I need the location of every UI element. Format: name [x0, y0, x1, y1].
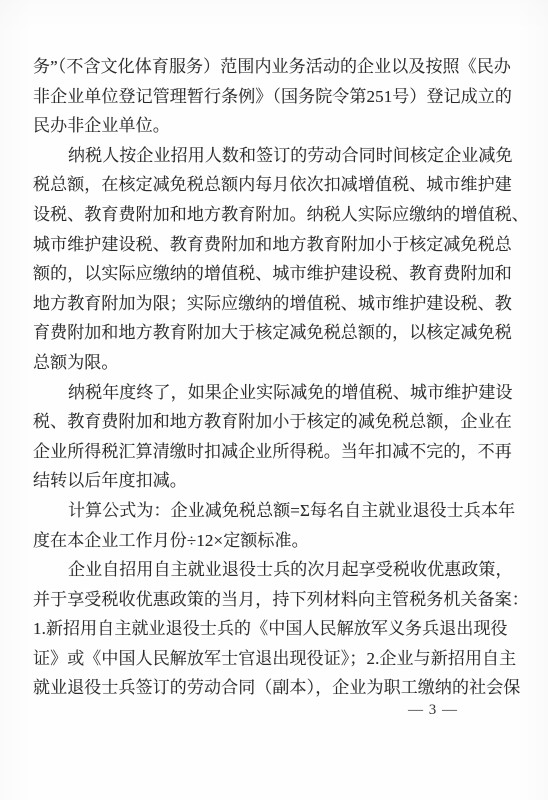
text-line: 结转以后年度扣减。 — [33, 466, 514, 496]
text-line: 企业所得税汇算清缴时扣减企业所得税。当年扣减不完的，不再 — [33, 437, 514, 467]
text-line: 非企业单位登记管理暂行条例》（国务院令第251号）登记成立的 — [33, 82, 514, 112]
text-line: 1.新招用自主就业退役士兵的《中国人民解放军义务兵退出现役 — [33, 614, 514, 644]
text-line: 纳税年度终了，如果企业实际减免的增值税、城市维护建设 — [33, 378, 514, 408]
text-line: 纳税人按企业招用人数和签订的劳动合同时间核定企业减免 — [33, 141, 514, 171]
text-line: 地方教育附加为限；实际应缴纳的增值税、城市维护建设税、教 — [33, 289, 514, 319]
text-line: 并于享受税收优惠政策的当月，持下列材料向主管税务机关备案： — [33, 585, 514, 615]
document-body: 务”（不含文化体育服务）范围内业务活动的企业以及按照《民办 非企业单位登记管理暂… — [33, 52, 514, 703]
text-line: 就业退役士兵签订的劳动合同（副本），企业为职工缴纳的社会保 — [33, 673, 514, 703]
paragraph-formula: 计算公式为：企业减免税总额=Σ每名自主就业退役士兵本年 度在本企业工作月份÷12… — [33, 496, 514, 555]
text-line: 额的，以实际应缴纳的增值税、城市维护建设税、教育费附加和 — [33, 259, 514, 289]
text-line: 民办非企业单位。 — [33, 111, 514, 141]
text-line: 设税、教育费附加和地方教育附加。纳税人实际应缴纳的增值税、 — [33, 200, 514, 230]
text-line: 度在本企业工作月份÷12×定额标准。 — [33, 526, 514, 556]
text-line: 税、教育费附加和地方教育附加小于核定的减免税总额，企业在 — [33, 407, 514, 437]
text-line: 企业自招用自主就业退役士兵的次月起享受税收优惠政策， — [33, 555, 514, 585]
page-number: — 3 — — [408, 700, 458, 720]
document-page: 务”（不含文化体育服务）范围内业务活动的企业以及按照《民办 非企业单位登记管理暂… — [0, 0, 548, 800]
text-line: 务”（不含文化体育服务）范围内业务活动的企业以及按照《民办 — [33, 52, 514, 82]
paragraph-tax-quota: 纳税人按企业招用人数和签订的劳动合同时间核定企业减免 税总额，在核定减免税总额内… — [33, 141, 514, 378]
text-line: 育费附加和地方教育附加大于核定减免税总额的，以核定减免税 — [33, 318, 514, 348]
paragraph-filing-materials: 企业自招用自主就业退役士兵的次月起享受税收优惠政策， 并于享受税收优惠政策的当月… — [33, 555, 514, 703]
text-line: 证》或《中国人民解放军士官退出现役证》；2.企业与新招用自主 — [33, 644, 514, 674]
text-line: 税总额，在核定减免税总额内每月依次扣减增值税、城市维护建 — [33, 170, 514, 200]
paragraph-continuation: 务”（不含文化体育服务）范围内业务活动的企业以及按照《民办 非企业单位登记管理暂… — [33, 52, 514, 141]
paragraph-year-end: 纳税年度终了，如果企业实际减免的增值税、城市维护建设 税、教育费附加和地方教育附… — [33, 378, 514, 496]
text-line: 城市维护建设税、教育费附加和地方教育附加小于核定减免税总 — [33, 230, 514, 260]
text-line: 总额为限。 — [33, 348, 514, 378]
text-line: 计算公式为：企业减免税总额=Σ每名自主就业退役士兵本年 — [33, 496, 514, 526]
